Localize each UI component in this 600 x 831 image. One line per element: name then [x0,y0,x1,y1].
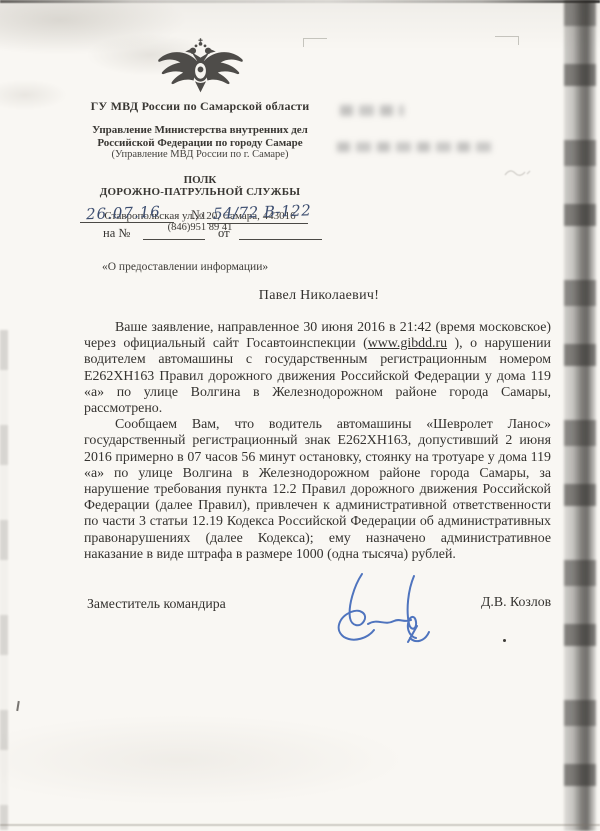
number-sign: № [191,207,203,223]
scan-bottom-edge [0,824,600,826]
scan-top-edge [0,0,600,3]
date-underline [80,222,174,223]
reply-date-underline [239,239,322,240]
scanned-letter-page: ГУ МВД России по Самарской области Управ… [0,0,600,831]
subject-line: «О предоставлении информации» [102,261,268,273]
mvd-double-headed-eagle-icon [152,38,249,94]
paragraph-2: Сообщаем Вам, что водитель автомашины «Ш… [84,417,551,563]
reply-to-number-label: на № [103,226,130,241]
unit-name-line1: ПОЛК [55,174,345,186]
org-name-line2: Управление Министерства внутренних дел [55,124,345,137]
letter-body: Ваше заявление, направленное 30 июня 201… [84,320,551,563]
unit-name-line2: ДОРОЖНО-ПАТРУЛЬНОЙ СЛУЖБЫ [55,186,345,199]
handwritten-signature-icon [324,568,439,654]
ink-dot [503,639,506,642]
redacted-recipient-name [340,105,404,116]
scan-right-smudge-band [564,0,596,831]
scan-left-smudge [0,330,8,830]
paragraph-1: Ваше заявление, направленное 30 июня 201… [84,320,551,417]
signer-name: Д.В. Козлов [481,594,551,610]
gibdd-url: www.gibdd.ru [368,336,447,351]
pencil-mark [503,165,533,179]
signer-position-title: Заместитель командира [87,596,226,612]
salutation: Павел Николаевич! [85,288,553,304]
org-name-line3: Российской Федерации по городу Самаре [55,137,345,150]
redacted-recipient-email [337,142,496,152]
org-name-short: (Управление МВД России по г. Самаре) [55,149,345,161]
handwritten-date: 26.07.16 [86,203,161,224]
org-name-region: ГУ МВД России по Самарской области [55,99,345,114]
number-underline [207,223,308,224]
reply-number-underline [143,239,205,240]
handwritten-outgoing-number: 54/72 В-122 [213,201,312,222]
reply-from-label: от [218,226,230,241]
bottom-left-ink-mark [16,701,20,711]
stamp-corner-mark-right [495,36,519,45]
